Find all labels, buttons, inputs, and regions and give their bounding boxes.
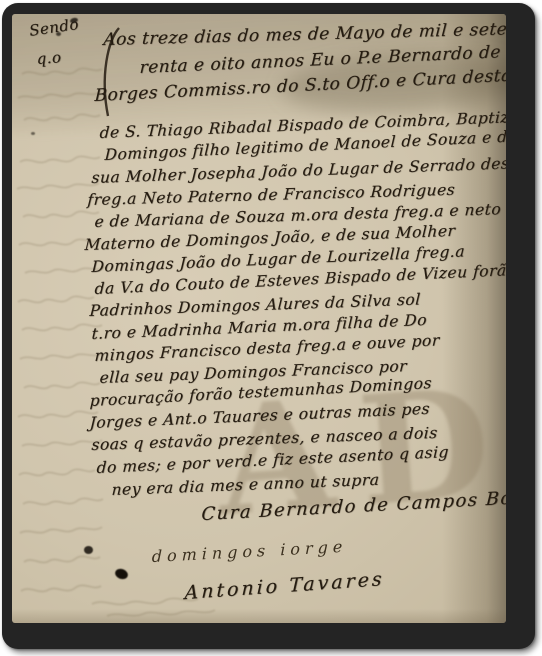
ink-blot [84, 546, 93, 554]
margin-note-line2: q.o [36, 48, 62, 68]
ink-speck [31, 132, 35, 135]
manuscript-photo: ADV [0, 0, 542, 656]
manuscript-paper: ADV [12, 14, 506, 623]
ink-speck [56, 32, 61, 36]
